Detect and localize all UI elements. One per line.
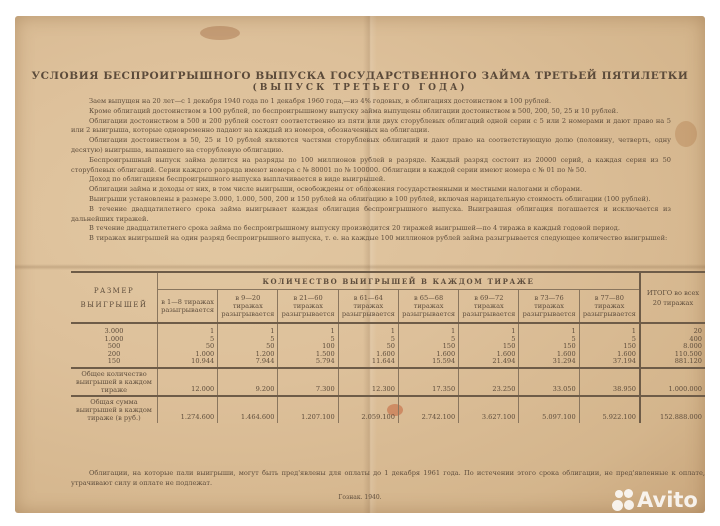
count: 1: [402, 328, 455, 336]
header-draws-73-76: в 73—76 тиражах разыгрывается: [519, 290, 579, 324]
cell: 2.742.100: [398, 396, 458, 423]
paragraph: В тиражах выигрышей на один разряд беспр…: [71, 234, 671, 244]
footer-paragraph: Облигации, на которые пали выигрыши, мог…: [71, 469, 705, 489]
cell-total: 152.888.000: [640, 396, 705, 423]
avito-dots-icon: [612, 489, 634, 511]
cell: 1.207.100: [278, 396, 338, 423]
counts-col-6: 151501.60021.494: [459, 323, 519, 368]
counts-col-2: 15501.2007.944: [218, 323, 278, 368]
count: 5.794: [281, 358, 334, 366]
cell: 12.000: [158, 368, 218, 396]
count: 11.644: [342, 358, 395, 366]
count: 1: [161, 328, 214, 336]
count: 1: [281, 328, 334, 336]
counts-col-5: 151501.60015.594: [398, 323, 458, 368]
count: 7.944: [221, 358, 274, 366]
count: 31.294: [522, 358, 575, 366]
header-draws-61-64: в 61—64 тиражах разыгрывается: [338, 290, 398, 324]
prize-table: РАЗМЕР ВЫИГРЫШЕЙ КОЛИЧЕСТВО ВЫИГРЫШЕЙ В …: [71, 271, 705, 423]
header-count-group: КОЛИЧЕСТВО ВЫИГРЫШЕЙ В КАЖДОМ ТИРАЖЕ: [158, 272, 641, 290]
paragraph: Беспроигрышный выпуск займа делится на р…: [71, 156, 671, 176]
count: 1: [221, 328, 274, 336]
counts-col-3: 151001.5005.794: [278, 323, 338, 368]
header-draws-65-68: в 65—68 тиражах разыгрывается: [398, 290, 458, 324]
prize-sizes-cell: 3.000 1.000 500 200 150: [71, 323, 158, 368]
paragraph: Облигации займа и доходы от них, в том ч…: [71, 185, 671, 195]
fold-horizontal: [15, 264, 705, 270]
header-draws-9-20: в 9—20 тиражах разыгрывается: [218, 290, 278, 324]
paragraph: Заем выпущен на 20 лет—с 1 декабря 1940 …: [71, 97, 671, 107]
count: 21.494: [462, 358, 515, 366]
table-row-total-count: Общее количество выигрышей в каждом тира…: [71, 368, 705, 396]
avito-watermark: Avito: [612, 486, 698, 514]
prize-size: 150: [74, 358, 154, 366]
cell: 12.300: [338, 368, 398, 396]
stain-top: [200, 26, 240, 40]
footer-text: Облигации, на которые пали выигрыши, мог…: [71, 469, 705, 489]
cell: 2.059.100: [338, 396, 398, 423]
paragraph: В течение двадцатилетнего срока займа по…: [71, 224, 671, 234]
header-draws-77-80: в 77—80 тиражах разыгрывается: [579, 290, 640, 324]
cell: 38.950: [579, 368, 640, 396]
cell: 1.274.600: [158, 396, 218, 423]
count: 1: [522, 328, 575, 336]
header-draws-21-60: в 21—60 тиражах разыгрывается: [278, 290, 338, 324]
table-row-total-sum: Общая сумма выигрышей в каждом тираже (в…: [71, 396, 705, 423]
counts-col-8: 151501.60037.194: [579, 323, 640, 368]
cell: 17.350: [398, 368, 458, 396]
cell: 5.922.100: [579, 396, 640, 423]
total: 881.120: [644, 358, 702, 366]
header-draws-69-72: в 69—72 тиражах разыгрывается: [459, 290, 519, 324]
counts-col-7: 151501.60031.294: [519, 323, 579, 368]
count: 10.944: [161, 358, 214, 366]
cell: 33.050: [519, 368, 579, 396]
cell: 7.300: [278, 368, 338, 396]
stain-right: [675, 121, 697, 147]
paragraph: Доход по облигациям беспроигрышного выпу…: [71, 175, 671, 185]
header-draws-1-8: в 1—8 тиражах разыгрывается: [158, 290, 218, 324]
page-title: УСЛОВИЯ БЕСПРОИГРЫШНОГО ВЫПУСКА ГОСУДАРС…: [15, 70, 705, 82]
bond-document: УСЛОВИЯ БЕСПРОИГРЫШНОГО ВЫПУСКА ГОСУДАРС…: [15, 16, 705, 513]
paragraph: Облигации достоинством в 500 и 200 рубле…: [71, 117, 671, 137]
paragraph: В течение двадцатилетнего срока займа вы…: [71, 205, 671, 225]
counts-col-4: 15501.60011.644: [338, 323, 398, 368]
cell: 3.627.100: [459, 396, 519, 423]
count: 1: [342, 328, 395, 336]
table-row-prize-counts: 3.000 1.000 500 200 150 15501.00010.944 …: [71, 323, 705, 368]
page-subtitle: (ВЫПУСК ТРЕТЬЕГО ГОДА): [15, 83, 705, 93]
count: 37.194: [583, 358, 636, 366]
counts-col-1: 15501.00010.944: [158, 323, 218, 368]
count: 15.594: [402, 358, 455, 366]
cell: 9.200: [218, 368, 278, 396]
cell: 5.097.100: [519, 396, 579, 423]
paragraph: Облигации достоинством в 50, 25 и 10 руб…: [71, 136, 671, 156]
counts-total-col: 204008.000110.500881.120: [640, 323, 705, 368]
count: 1: [583, 328, 636, 336]
conditions-text: Заем выпущен на 20 лет—с 1 декабря 1940 …: [71, 97, 671, 244]
paragraph: Выигрыши установлены в размере 3.000, 1.…: [71, 195, 671, 205]
avito-label: Avito: [637, 488, 698, 512]
count: 1: [462, 328, 515, 336]
cell: 1.464.600: [218, 396, 278, 423]
cell-total: 1.000.000: [640, 368, 705, 396]
header-prize-size: РАЗМЕР ВЫИГРЫШЕЙ: [71, 272, 158, 323]
paragraph: Кроме облигаций достоинством в 100 рубле…: [71, 107, 671, 117]
row-label-sum: Общая сумма выигрышей в каждом тираже (в…: [71, 396, 158, 423]
cell: 23.250: [459, 368, 519, 396]
printer-mark: Гознак. 1940.: [15, 494, 705, 501]
row-label-count: Общее количество выигрышей в каждом тира…: [71, 368, 158, 396]
header-total: ИТОГО во всех 20 тиражах: [640, 272, 705, 323]
